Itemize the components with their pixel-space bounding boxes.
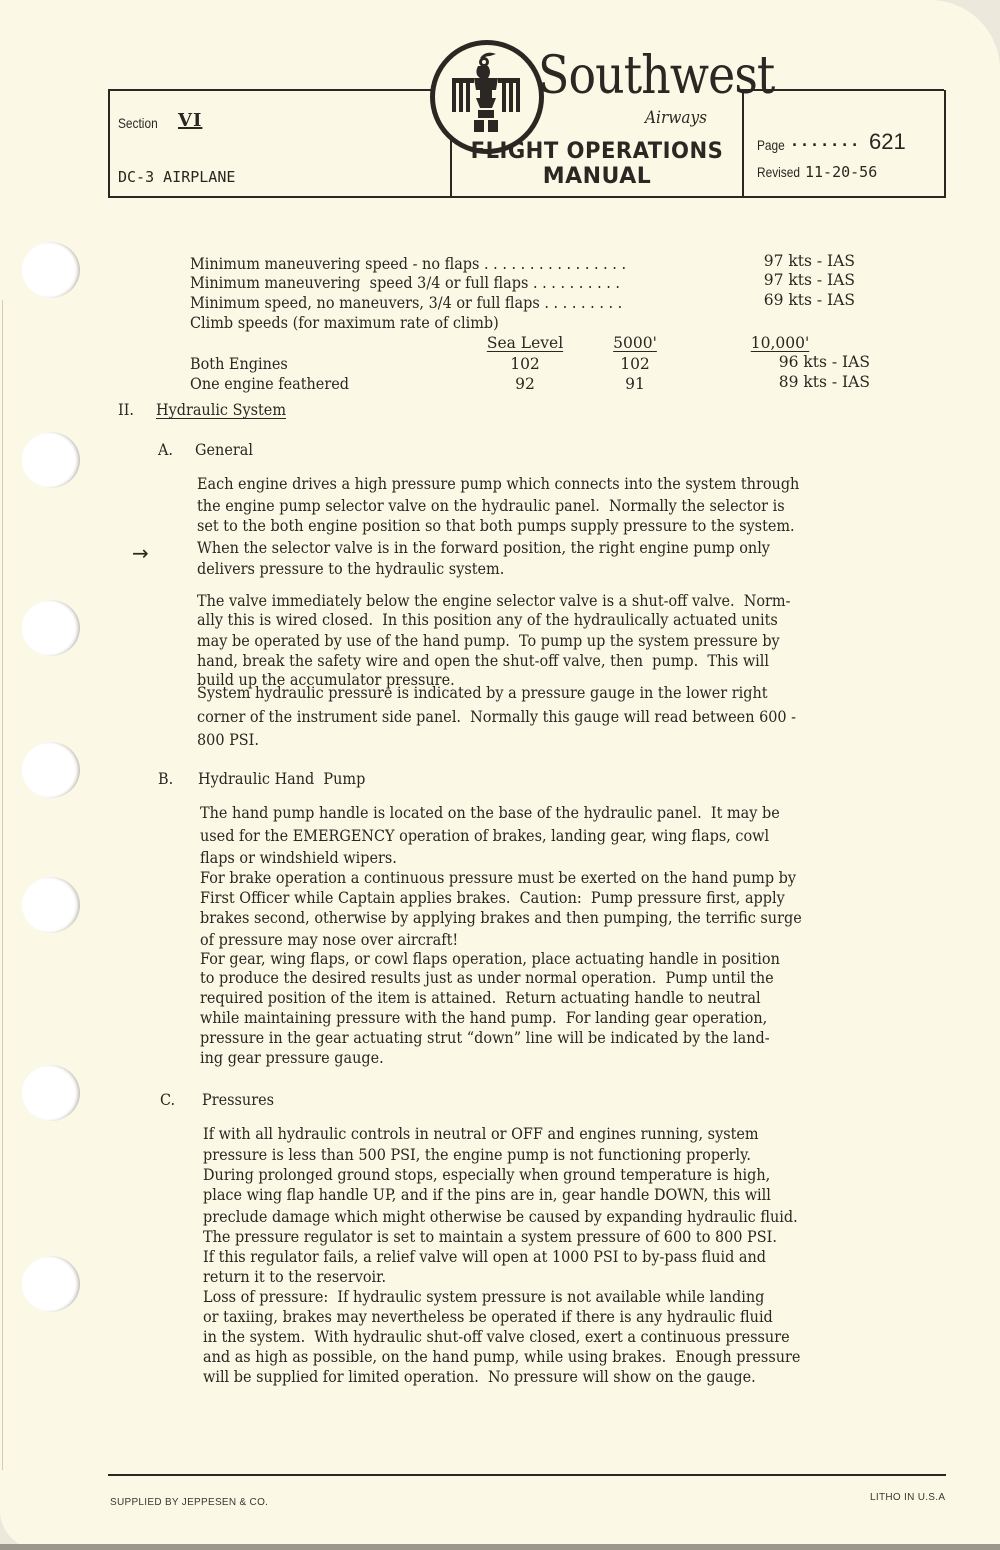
climb-cell: 91 — [600, 377, 670, 393]
climb-col-header: 10,000' — [740, 336, 820, 352]
paragraph-line: or taxiing, brakes may nevertheless be o… — [203, 1310, 773, 1326]
climb-title: Climb speeds (for maximum rate of climb) — [190, 316, 499, 332]
paragraph-line: will be supplied for limited operation. … — [203, 1370, 756, 1386]
climb-cell: 89 kts - IAS — [740, 375, 870, 391]
speed-label: Minimum speed, no maneuvers, 3/4 or full… — [190, 296, 622, 312]
paragraph-line: Loss of pressure: If hydraulic system pr… — [203, 1290, 764, 1306]
revised-label: Revised — [757, 164, 800, 180]
paragraph-line: delivers pressure to the hydraulic syste… — [197, 562, 504, 578]
paragraph-line: pressure is less than 500 PSI, the engin… — [203, 1148, 751, 1164]
paragraph-line: set to the both engine position so that … — [197, 519, 795, 535]
binder-hole — [22, 877, 80, 933]
binder-hole — [22, 742, 80, 798]
subsection-letter: B. — [158, 772, 173, 788]
thunderbird-logo-icon — [440, 48, 535, 143]
paragraph-line: corner of the instrument side panel. Nor… — [197, 710, 796, 726]
paragraph-line: The hand pump handle is located on the b… — [200, 806, 780, 822]
speed-label: Minimum maneuvering speed - no flaps . .… — [190, 257, 626, 273]
brand-name: Southwest — [538, 50, 774, 102]
paragraph-line: used for the EMERGENCY operation of brak… — [200, 829, 769, 845]
subsection-heading: Hydraulic Hand Pump — [198, 772, 365, 788]
paragraph-line: of pressure may nose over aircraft! — [200, 933, 458, 949]
revised-date: 11-20-56 — [805, 163, 877, 181]
paragraph-line: may be operated by use of the hand pump.… — [197, 634, 780, 650]
paragraph-line: 800 PSI. — [197, 733, 259, 749]
climb-row-label: One engine feathered — [190, 377, 349, 393]
paragraph-line: hand, break the safety wire and open the… — [197, 654, 769, 670]
paragraph-line: in the system. With hydraulic shut-off v… — [203, 1330, 790, 1346]
page-leader-dots: ....... — [790, 132, 860, 150]
subsection-letter: C. — [160, 1093, 175, 1109]
paragraph-line: pressure in the gear actuating strut “do… — [200, 1031, 770, 1047]
paragraph-line: preclude damage which might otherwise be… — [203, 1210, 798, 1226]
footer-rule — [108, 1474, 946, 1476]
header-divider — [742, 90, 744, 198]
paragraph-line: while maintaining pressure with the hand… — [200, 1011, 767, 1027]
binder-hole — [22, 600, 80, 656]
paragraph-line: For gear, wing flaps, or cowl flaps oper… — [200, 952, 780, 968]
section-number: II. — [118, 403, 134, 419]
climb-cell: 102 — [600, 357, 670, 373]
speed-value: 97 kts - IAS — [740, 254, 855, 270]
speed-value: 97 kts - IAS — [740, 273, 855, 289]
page-edge — [2, 300, 3, 1470]
binder-hole — [22, 432, 80, 488]
paragraph-line: brakes second, otherwise by applying bra… — [200, 911, 802, 927]
paragraph-line: The valve immediately below the engine s… — [197, 594, 790, 610]
paragraph-line: System hydraulic pressure is indicated b… — [197, 686, 768, 702]
climb-row-label: Both Engines — [190, 357, 288, 373]
subsection-letter: A. — [158, 443, 173, 459]
subsection-heading: Pressures — [202, 1093, 274, 1109]
brand-subtitle: Airways — [645, 108, 707, 128]
paragraph-line: place wing flap handle UP, and if the pi… — [203, 1188, 771, 1204]
paragraph-line: During prolonged ground stops, especiall… — [203, 1168, 770, 1184]
climb-cell: 96 kts - IAS — [740, 355, 870, 371]
manual-title-line2: MANUAL — [457, 164, 737, 189]
manual-page: Section VI DC-3 AIRPLANE Southwest Airwa… — [0, 0, 1000, 1550]
page-label: Page — [757, 137, 785, 153]
climb-col-header: Sea Level — [470, 336, 580, 352]
paragraph-line: to produce the desired results just as u… — [200, 971, 774, 987]
paragraph-line: If this regulator fails, a relief valve … — [203, 1250, 766, 1266]
climb-cell: 92 — [470, 377, 580, 393]
section-number: VI — [178, 110, 202, 131]
paragraph-line: If with all hydraulic controls in neutra… — [203, 1127, 759, 1143]
paragraph-line: For brake operation a continuous pressur… — [200, 871, 796, 887]
binder-hole — [22, 1256, 80, 1312]
climb-col-header: 5000' — [600, 336, 670, 352]
paragraph-line: required position of the item is attaine… — [200, 991, 761, 1007]
section-heading: Hydraulic System — [156, 403, 286, 419]
paragraph-line: Each engine drives a high pressure pump … — [197, 477, 799, 493]
supplier-note: SUPPLIED BY JEPPESEN & CO. — [110, 1497, 268, 1508]
section-label: Section — [118, 115, 158, 131]
change-arrow-icon: → — [132, 541, 149, 565]
speed-value: 69 kts - IAS — [740, 293, 855, 309]
climb-cell: 102 — [470, 357, 580, 373]
paragraph-line: the engine pump selector valve on the hy… — [197, 499, 785, 515]
subsection-heading: General — [195, 443, 253, 459]
binder-hole — [22, 242, 80, 298]
page-number: 621 — [869, 129, 906, 155]
paragraph-line: ing gear pressure gauge. — [200, 1051, 384, 1067]
paragraph-line: First Officer while Captain applies brak… — [200, 891, 785, 907]
header-divider — [450, 135, 452, 198]
paragraph-line: ally this is wired closed. In this posit… — [197, 613, 778, 629]
paragraph-line: When the selector valve is in the forwar… — [197, 541, 770, 557]
paragraph-line: and as high as possible, on the hand pum… — [203, 1350, 800, 1366]
page-shadow — [0, 1544, 1000, 1550]
speed-label: Minimum maneuvering speed 3/4 or full fl… — [190, 276, 620, 292]
aircraft-type: DC-3 AIRPLANE — [118, 168, 235, 186]
manual-title: FLIGHT OPERATIONS — [463, 139, 732, 164]
binder-hole — [22, 1065, 80, 1121]
litho-note: LITHO IN U.S.A — [870, 1492, 945, 1503]
paragraph-line: flaps or windshield wipers. — [200, 851, 397, 867]
paragraph-line: The pressure regulator is set to maintai… — [203, 1230, 777, 1246]
paragraph-line: return it to the reservoir. — [203, 1270, 386, 1286]
